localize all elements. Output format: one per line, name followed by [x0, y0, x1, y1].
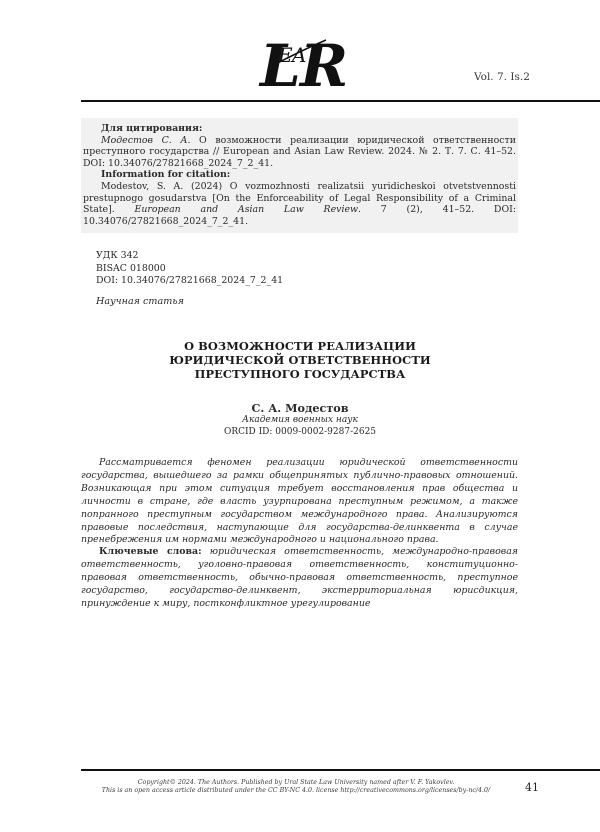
title-line: ПРЕСТУПНОГО ГОСУДАРСТВА — [100, 367, 500, 381]
article-metadata: УДК 342 BISAC 018000 DOI: 10.34076/27821… — [96, 250, 283, 288]
article-title: О ВОЗМОЖНОСТИ РЕАЛИЗАЦИИ ЮРИДИЧЕСКОЙ ОТВ… — [100, 339, 500, 382]
citation-label-en: Information for citation: — [83, 169, 516, 181]
citation-en: Modestov, S. A. (2024) O vozmozhnosti re… — [83, 181, 516, 227]
title-line: ЮРИДИЧЕСКОЙ ОТВЕТСТВЕННОСТИ — [100, 353, 500, 367]
journal-logo: L R E A — [258, 30, 348, 90]
svg-text:E: E — [277, 43, 293, 67]
license-line: This is an open access article distribut… — [81, 787, 511, 795]
author-affiliation: Академия военных наук — [100, 415, 500, 426]
title-line: О ВОЗМОЖНОСТИ РЕАЛИЗАЦИИ — [100, 339, 500, 353]
author-orcid: ORCID ID: 0009-0002-9287-2625 — [100, 426, 500, 438]
page-number: 41 — [525, 781, 539, 794]
keywords: Ключевые слова: юридическая ответственно… — [81, 546, 518, 611]
citation-en-journal: European and Asian Law Review — [135, 204, 359, 215]
citation-label-ru: Для цитирования: — [83, 123, 516, 135]
bisac-code: BISAC 018000 — [96, 263, 283, 276]
lear-logo-icon: L R E A — [258, 30, 348, 90]
article-type: Научная статья — [96, 296, 184, 307]
author-name: С. А. Модестов — [100, 401, 500, 415]
header-rule — [81, 100, 600, 102]
abstract: Рассматривается феномен реализации юриди… — [81, 457, 518, 547]
citation-box: Для цитирования: Модестов С. А. О возмож… — [81, 118, 518, 233]
footer-rule — [81, 769, 600, 771]
udk-code: УДК 342 — [96, 250, 283, 263]
citation-ru: Модестов С. А. О возможности реализации … — [83, 135, 516, 170]
doi: DOI: 10.34076/27821668_2024_7_2_41 — [96, 275, 283, 288]
citation-ru-author: Модестов С. А. — [101, 135, 190, 146]
volume-issue: Vol. 7. Is.2 — [474, 71, 530, 83]
copyright-line: Copyright© 2024. The Authors. Published … — [81, 779, 511, 787]
keywords-label: Ключевые слова: — [99, 546, 202, 557]
footer-license: Copyright© 2024. The Authors. Published … — [81, 779, 511, 796]
author-block: С. А. Модестов Академия военных наук ORC… — [100, 401, 500, 438]
